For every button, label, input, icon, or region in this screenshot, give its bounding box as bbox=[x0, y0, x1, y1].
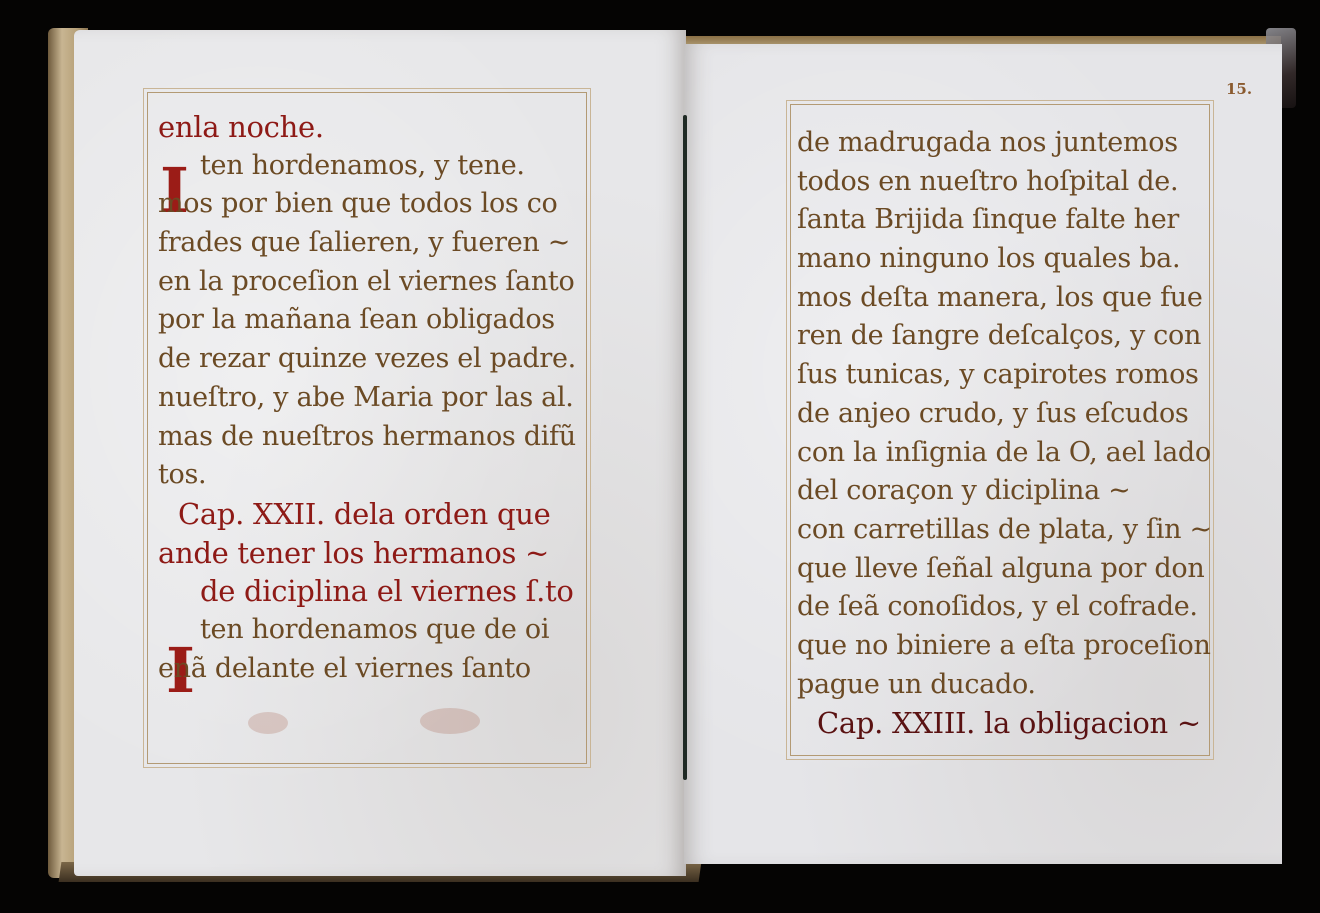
text-line: con la inſignia de la O, ael lado bbox=[797, 434, 1202, 473]
text-line: ren de ſangre deſcalços, y con bbox=[797, 317, 1202, 356]
chapter-heading: ande tener los hermanos ~ bbox=[158, 534, 583, 573]
chapter-heading: Cap. XXIII. la obligacion ~ bbox=[797, 704, 1202, 743]
text-line: ſanta Brijida ſinque falte her bbox=[797, 201, 1202, 240]
text-line: con carretillas de plata, y ſin ~ bbox=[797, 511, 1202, 550]
text-line: de ſeã conoſidos, y el cofrade. bbox=[797, 588, 1202, 627]
text-line: ten hordenamos que de oi bbox=[158, 611, 583, 650]
text-line: mos deſta manera, los que fue bbox=[797, 279, 1202, 318]
folio-number: 15. bbox=[1226, 80, 1252, 98]
right-page-text: de madrugada nos juntemos todos en nueſt… bbox=[797, 124, 1202, 743]
text-line: de anjeo crudo, y ſus eſcudos bbox=[797, 395, 1202, 434]
chapter-heading: Cap. XXII. dela orden que bbox=[158, 495, 583, 534]
ink-stain bbox=[248, 712, 288, 734]
text-line: en la proceſion el viernes ſanto bbox=[158, 263, 583, 302]
ink-stain bbox=[420, 708, 480, 734]
text-line: enla noche. bbox=[158, 108, 583, 147]
text-line: enã delante el viernes ſanto bbox=[158, 650, 583, 689]
text-line: ten hordenamos, y tene. bbox=[158, 147, 583, 186]
text-line: mano ninguno los quales ba. bbox=[797, 240, 1202, 279]
text-line: pague un ducado. bbox=[797, 666, 1202, 705]
open-manuscript: 15. I I enla noche. ten hordenamos, y te… bbox=[0, 0, 1320, 913]
left-page-text: enla noche. ten hordenamos, y tene. mos … bbox=[158, 108, 583, 688]
text-line: nueſtro, y abe Maria por las al. bbox=[158, 379, 583, 418]
text-line: de rezar quinze vezes el padre. bbox=[158, 340, 583, 379]
text-line: todos en nueſtro hoſpital de. bbox=[797, 163, 1202, 202]
text-line: frades que ſalieren, y fueren ~ bbox=[158, 224, 583, 263]
text-line: que lleve ſeñal alguna por don bbox=[797, 550, 1202, 589]
text-line: de madrugada nos juntemos bbox=[797, 124, 1202, 163]
text-line: que no biniere a eſta proceſion bbox=[797, 627, 1202, 666]
text-line: por la mañana ſean obligados bbox=[158, 301, 583, 340]
text-line: mas de nueſtros hermanos difũ bbox=[158, 418, 583, 457]
chapter-heading: de diciplina el viernes ſ.to bbox=[158, 572, 583, 611]
text-line: ſus tunicas, y capirotes romos bbox=[797, 356, 1202, 395]
text-line: tos. bbox=[158, 456, 583, 495]
binding-thread bbox=[683, 115, 687, 780]
text-line: mos por bien que todos los co bbox=[158, 185, 583, 224]
text-line: del coraçon y diciplina ~ bbox=[797, 472, 1202, 511]
